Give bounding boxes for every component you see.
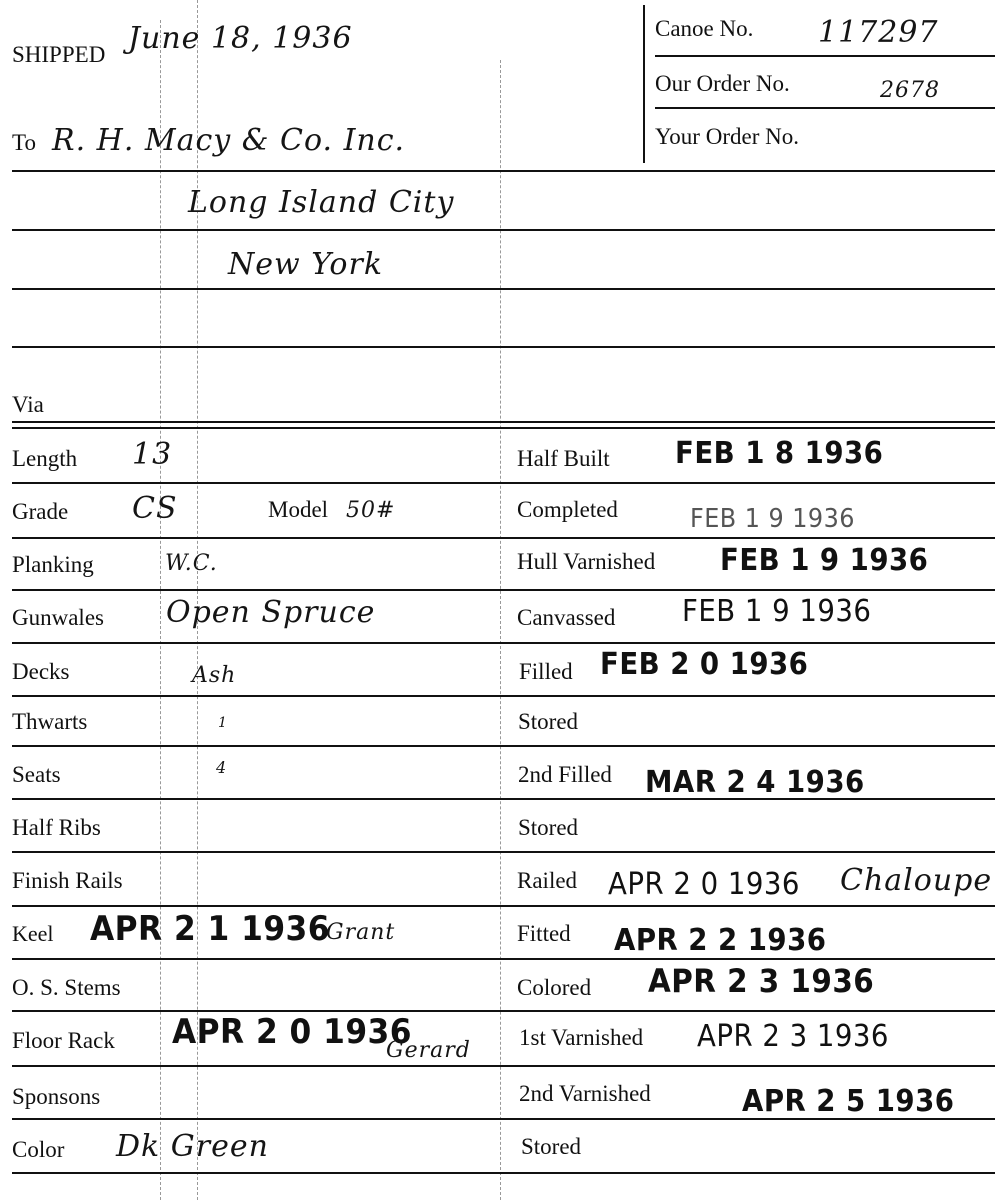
color-label: Color [12,1138,64,1161]
colored-label: Colored [517,976,591,999]
rule [12,589,995,591]
keel-date-stamp: APR 2 1 1936 [90,912,330,946]
canvassed-date-stamp: FEB 1 9 1936 [682,597,871,627]
rule [12,798,995,800]
model-value: 50# [346,500,395,522]
first-varnished-date-stamp: APR 2 3 1936 [697,1022,889,1052]
rule [12,745,995,747]
rule [12,851,995,853]
length-value: 13 [132,440,172,470]
to-address-line-2: Long Island City [188,188,454,218]
gunwales-label: Gunwales [12,606,104,629]
rule [12,229,995,231]
railed-signature: Chaloupe [840,866,992,896]
grade-value: CS [132,494,178,524]
planking-value: W.C. [165,553,218,575]
rule [12,1065,995,1067]
keel-label: Keel [12,923,54,945]
rule [12,170,995,172]
stored-label-2: Stored [518,816,578,839]
stored-label-3: Stored [521,1135,581,1158]
fitted-label: Fitted [517,922,571,945]
seats-label: Seats [12,763,61,786]
grade-label: Grade [12,500,68,523]
rule [12,346,995,348]
rule [12,427,995,429]
sponsons-label: Sponsons [12,1085,100,1108]
second-filled-label: 2nd Filled [518,763,612,786]
completed-label: Completed [517,498,618,521]
decks-label: Decks [12,660,69,683]
rule [655,107,995,109]
canoe-no-label: Canoe No. [655,17,753,40]
rule [12,1172,995,1174]
filled-date-stamp: FEB 2 0 1936 [600,650,808,680]
os-stems-label: O. S. Stems [12,976,121,999]
thwarts-value: 1 [218,716,228,730]
first-varnished-label: 1st Varnished [519,1026,643,1049]
railed-label: Railed [517,869,577,892]
rule [12,537,995,539]
rule [12,1010,995,1012]
rule [12,695,995,697]
colored-date-stamp: APR 2 3 1936 [648,965,874,997]
to-label: To [12,131,36,154]
order-box-divider [643,5,645,163]
rule [12,642,995,644]
shipped-date-value: June 18, 1936 [128,24,353,54]
floor-rack-signature: Gerard [386,1040,471,1062]
shipped-label: SHIPPED [12,43,105,66]
stored-label-1: Stored [518,710,578,733]
rule [12,482,995,484]
half-ribs-label: Half Ribs [12,816,101,839]
railed-date-stamp: APR 2 0 1936 [608,870,800,900]
fitted-date-stamp: APR 2 2 1936 [614,926,826,956]
length-label: Length [12,447,77,470]
your-order-no-label: Your Order No. [655,125,799,148]
second-filled-date-stamp: MAR 2 4 1936 [645,768,865,798]
completed-date-stamp: FEB 1 9 1936 [690,506,855,532]
to-address-line-3: New York [228,250,383,280]
planking-label: Planking [12,553,94,576]
rule [12,958,995,960]
rule [12,905,995,907]
finish-rails-label: Finish Rails [12,869,123,892]
rule [12,288,995,290]
guide-mark [160,20,162,1200]
model-label: Model [268,498,328,521]
canoe-no-value: 117297 [818,18,939,48]
hull-varnished-date-stamp: FEB 1 9 1936 [720,546,928,576]
keel-signature: Grant [326,922,395,944]
filled-label: Filled [519,660,573,683]
second-varnished-label: 2nd Varnished [519,1082,651,1105]
via-label: Via [12,393,44,416]
thwarts-label: Thwarts [12,710,87,733]
rule [655,55,995,57]
seats-value: 4 [216,760,227,776]
floor-rack-date-stamp: APR 2 0 1936 [172,1015,412,1049]
half-built-date-stamp: FEB 1 8 1936 [675,439,883,469]
canvassed-label: Canvassed [517,606,615,629]
floor-rack-label: Floor Rack [12,1029,115,1052]
gunwales-value: Open Spruce [166,598,375,628]
decks-value: Ash [192,665,236,687]
our-order-no-value: 2678 [880,80,940,102]
rule [12,1118,995,1120]
our-order-no-label: Our Order No. [655,72,790,95]
guide-mark [500,60,502,1200]
hull-varnished-label: Hull Varnished [517,550,655,573]
to-address-line-1: R. H. Macy & Co. Inc. [52,126,405,156]
half-built-label: Half Built [517,447,610,470]
rule [12,421,995,423]
color-value: Dk Green [116,1132,269,1162]
second-varnished-date-stamp: APR 2 5 1936 [742,1087,954,1117]
